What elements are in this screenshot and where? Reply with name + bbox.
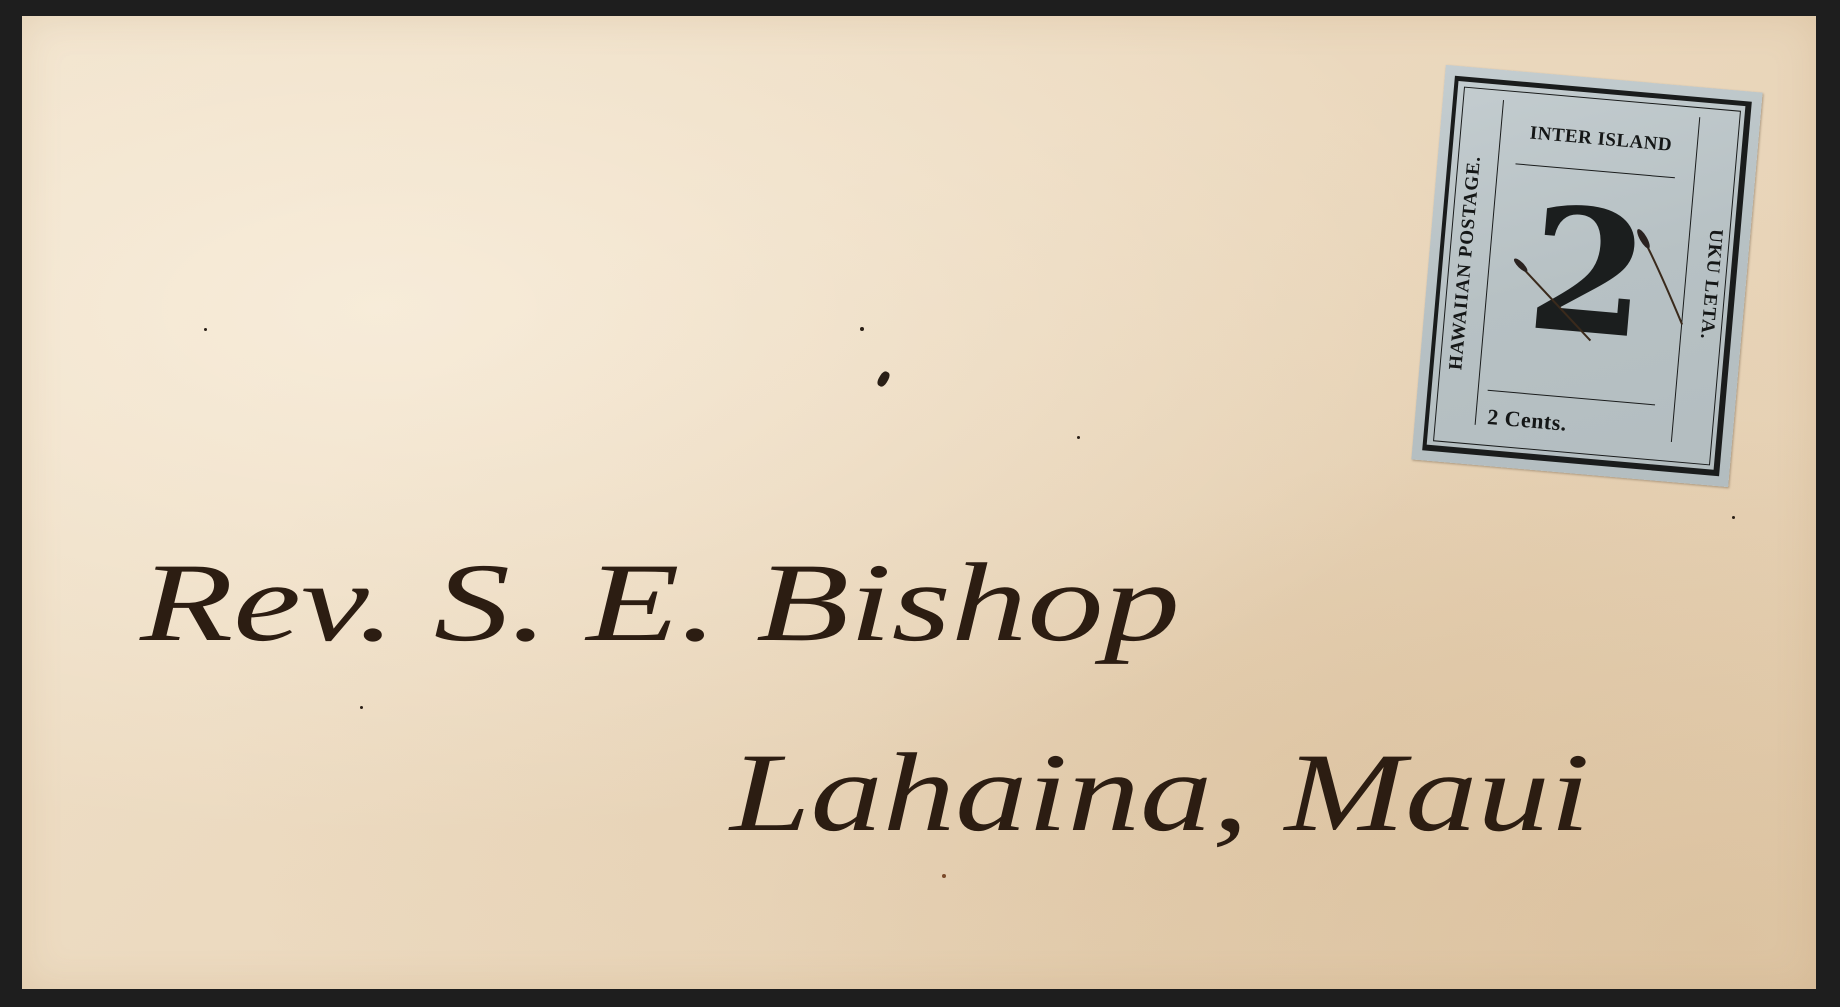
ink-speck — [1077, 436, 1080, 439]
postage-stamp: INTER ISLAND HAWAIIAN POSTAGE. UKU LETA.… — [1411, 65, 1762, 487]
stamp-numeral: 2 — [1521, 183, 1655, 363]
ink-speck — [360, 706, 363, 709]
ink-speck — [860, 327, 864, 331]
ink-speck — [204, 328, 207, 331]
ink-speck — [1732, 516, 1735, 519]
ink-speck — [942, 874, 946, 878]
ink-speck — [876, 370, 892, 388]
